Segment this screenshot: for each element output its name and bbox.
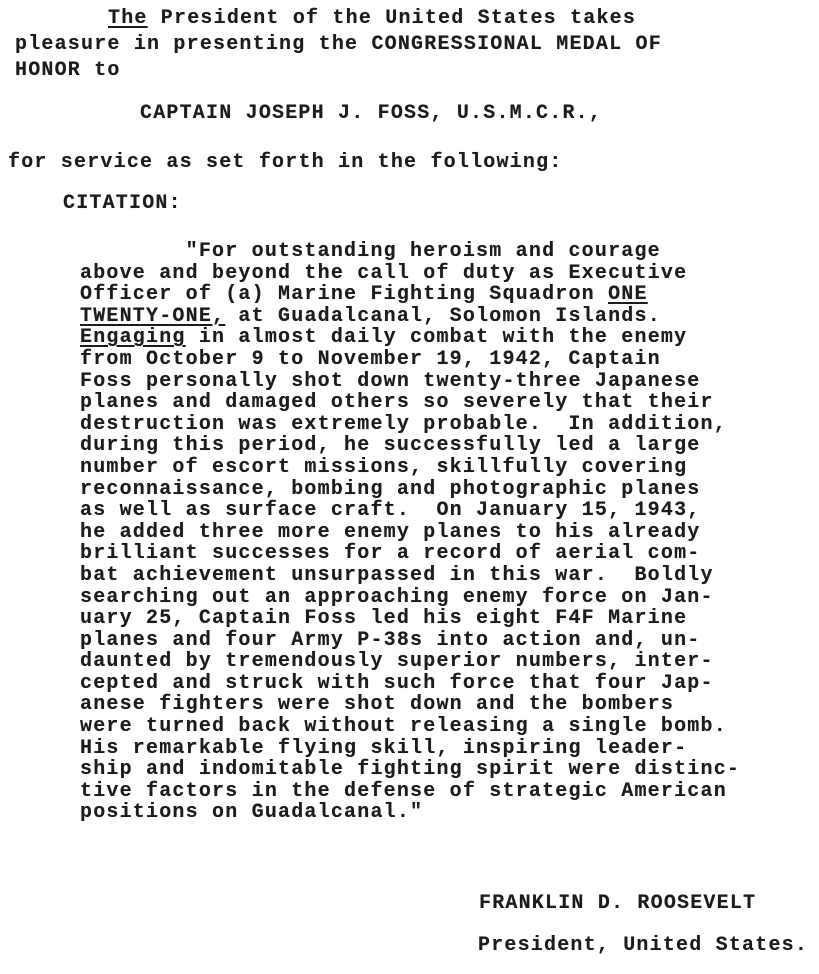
- opening-text: HONOR to: [15, 59, 121, 82]
- citation-line: Officer of (a) Marine Fighting Squadron …: [80, 284, 740, 306]
- recipient-name-line: CAPTAIN JOSEPH J. FOSS, U.S.M.C.R.,: [140, 103, 602, 125]
- citation-line: "For outstanding heroism and courage: [80, 241, 740, 263]
- opening-text: President of the United States takes: [148, 7, 636, 30]
- citation-line: he added three more enemy planes to his …: [80, 522, 740, 544]
- opening-statement-line-1: The President of the United States takes: [108, 8, 636, 30]
- citation-line-text: tive factors in the defense of strategic…: [80, 780, 727, 803]
- citation-line-text: "For outstanding heroism and courage: [80, 240, 661, 263]
- citation-line-text: cepted and struck with such force that f…: [80, 672, 714, 695]
- citation-line: searching out an approaching enemy force…: [80, 587, 740, 609]
- citation-line: positions on Guadalcanal.": [80, 802, 740, 824]
- citation-line-text: daunted by tremendously superior numbers…: [80, 650, 714, 673]
- citation-line: tive factors in the defense of strategic…: [80, 781, 740, 803]
- citation-line: reconnaissance, bombing and photographic…: [80, 479, 740, 501]
- citation-line-text: Officer of (a) Marine Fighting Squadron: [80, 283, 608, 306]
- citation-line: ship and indomitable fighting spirit wer…: [80, 759, 740, 781]
- citation-line-text: he added three more enemy planes to his …: [80, 521, 701, 544]
- citation-line-text: were turned back without releasing a sin…: [80, 715, 727, 738]
- citation-line-text: anese fighters were shot down and the bo…: [80, 693, 674, 716]
- citation-line: number of escort missions, skillfully co…: [80, 457, 740, 479]
- citation-line: as well as surface craft. On January 15,…: [80, 500, 740, 522]
- service-statement-line: for service as set forth in the followin…: [8, 152, 562, 174]
- opening-text: pleasure in presenting the CONGRESSIONAL…: [15, 33, 662, 56]
- citation-line: His remarkable flying skill, inspiring l…: [80, 738, 740, 760]
- citation-line-text: searching out an approaching enemy force…: [80, 586, 714, 609]
- citation-label: CITATION:: [63, 193, 182, 215]
- signature-name: FRANKLIN D. ROOSEVELT: [479, 893, 756, 915]
- citation-line-text: number of escort missions, skillfully co…: [80, 456, 687, 479]
- citation-line: cepted and struck with such force that f…: [80, 673, 740, 695]
- citation-line-underlined-text: TWENTY-ONE,: [80, 305, 225, 328]
- citation-line: Engaging in almost daily combat with the…: [80, 327, 740, 349]
- citation-line-text: ship and indomitable fighting spirit wer…: [80, 758, 740, 781]
- citation-line: above and beyond the call of duty as Exe…: [80, 263, 740, 285]
- citation-line: during this period, he successfully led …: [80, 435, 740, 457]
- citation-line: anese fighters were shot down and the bo…: [80, 694, 740, 716]
- citation-paragraph: "For outstanding heroism and courage abo…: [80, 241, 740, 824]
- citation-line: from October 9 to November 19, 1942, Cap…: [80, 349, 740, 371]
- citation-line-underlined-text: ONE: [608, 283, 648, 306]
- citation-line: were turned back without releasing a sin…: [80, 716, 740, 738]
- citation-line: planes and four Army P-38s into action a…: [80, 630, 740, 652]
- opening-statement-line-2: pleasure in presenting the CONGRESSIONAL…: [15, 34, 662, 56]
- citation-line-text: His remarkable flying skill, inspiring l…: [80, 737, 687, 760]
- citation-line-text: planes and four Army P-38s into action a…: [80, 629, 701, 652]
- citation-line-text: during this period, he successfully led …: [80, 434, 701, 457]
- citation-line: brilliant successes for a record of aeri…: [80, 543, 740, 565]
- citation-line: daunted by tremendously superior numbers…: [80, 651, 740, 673]
- citation-line: bat achievement unsurpassed in this war.…: [80, 565, 740, 587]
- citation-line: destruction was extremely probable. In a…: [80, 414, 740, 436]
- citation-line-text: in almost daily combat with the enemy: [186, 326, 688, 349]
- citation-line-text: uary 25, Captain Foss led his eight F4F …: [80, 607, 687, 630]
- citation-line: uary 25, Captain Foss led his eight F4F …: [80, 608, 740, 630]
- citation-line: planes and damaged others so severely th…: [80, 392, 740, 414]
- citation-line-underlined-text: Engaging: [80, 326, 186, 349]
- citation-line-text: as well as surface craft. On January 15,…: [80, 499, 701, 522]
- citation-line: TWENTY-ONE, at Guadalcanal, Solomon Isla…: [80, 306, 740, 328]
- citation-line-text: above and beyond the call of duty as Exe…: [80, 262, 687, 285]
- opening-statement-line-3: HONOR to: [15, 60, 121, 82]
- citation-line-text: from October 9 to November 19, 1942, Cap…: [80, 348, 661, 371]
- citation-line-text: reconnaissance, bombing and photographic…: [80, 478, 701, 501]
- signature-title: President, United States.: [478, 935, 808, 957]
- citation-line-text: Foss personally shot down twenty-three J…: [80, 370, 701, 393]
- citation-line-text: destruction was extremely probable. In a…: [80, 413, 727, 436]
- opening-underlined-word: The: [108, 7, 148, 30]
- citation-line-text: at Guadalcanal, Solomon Islands.: [225, 305, 661, 328]
- citation-line-text: planes and damaged others so severely th…: [80, 391, 714, 414]
- citation-document-page: The President of the United States takes…: [0, 0, 819, 974]
- citation-line-text: brilliant successes for a record of aeri…: [80, 542, 701, 565]
- citation-line-text: positions on Guadalcanal.": [80, 801, 423, 824]
- citation-line: Foss personally shot down twenty-three J…: [80, 371, 740, 393]
- citation-line-text: bat achievement unsurpassed in this war.…: [80, 564, 714, 587]
